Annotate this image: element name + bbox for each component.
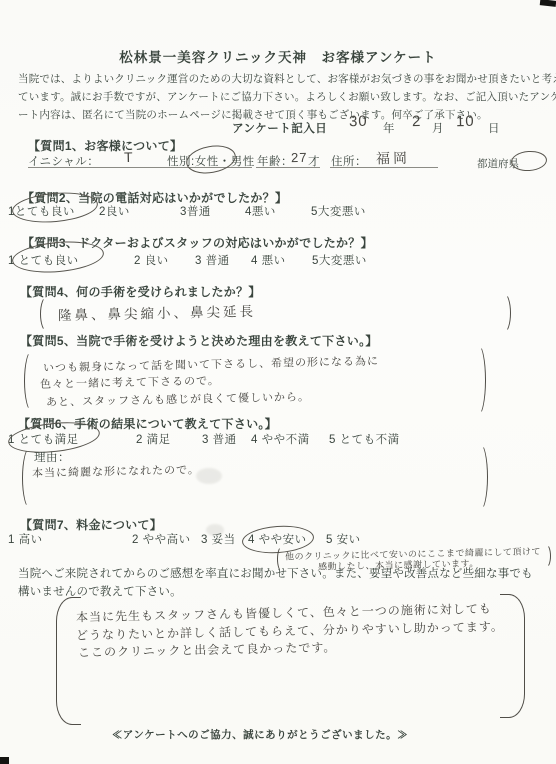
date-month-value: 2 (412, 113, 422, 130)
scan-artifact-bottom-left (0, 757, 9, 764)
q3-option-5: 5大変悪い (312, 252, 367, 268)
survey-date-label: アンケート記入日 (232, 120, 327, 136)
age-unit: 才 (308, 153, 320, 169)
date-day-value: 10 (456, 113, 475, 130)
q1-heading: 【質問1、お客様について】 (28, 137, 182, 154)
age-value: 27 (291, 150, 308, 165)
feedback-prompt-line: 当院へご来院されてからのご感想を率直にお聞かせ下さい。また、要望や改善点など些細… (18, 565, 533, 581)
date-year-value: 30 (349, 113, 368, 130)
page-title: 松林景一美容クリニック天神 お客様アンケート (0, 46, 556, 66)
answer-bracket-left (24, 350, 40, 412)
q6-reason-label: 理由： (34, 449, 70, 465)
answer-bracket-left (40, 296, 54, 332)
date-year-unit: 年 (383, 120, 395, 136)
q7-option-3: 3 妥当 (201, 531, 236, 547)
q2-option-2: 2良い (99, 203, 130, 219)
q5-answer-line: あと、スタッフさんも感じが良くて優しいから。 (46, 388, 310, 410)
q3-option-2: 2 良い (134, 252, 169, 268)
prefecture-selection-circle (510, 150, 547, 172)
answer-bracket-right (470, 344, 486, 416)
intro-line: ています。誠にお手数ですが、アンケートにご協力下さい。よろしくお願い致します。な… (18, 89, 556, 104)
q4-heading: 【質問4、何の手術を受けられましたか？】 (20, 283, 261, 300)
q3-option-4: 4 悪い (251, 252, 286, 268)
q7-option-2: 2 やや高い (132, 531, 191, 547)
gender-selection-circle (184, 142, 238, 177)
initial-label: イニシャル： (28, 153, 99, 169)
feedback-prompt-line: 構いませんので教えて下さい。 (18, 583, 182, 599)
q6-option-4: 4 やや不満 (251, 431, 310, 447)
note-bracket-right (541, 544, 551, 568)
q6-reason-text: 本当に綺麗な形になれたので。 (32, 461, 200, 481)
q2-option-3: 3普通 (180, 203, 211, 219)
date-month-unit: 月 (432, 120, 444, 136)
q5-heading: 【質問5、当院で手術を受けようと決めた理由を教えて下さい。】 (20, 332, 378, 349)
address-label: 住所： (331, 153, 367, 169)
answer-bracket-right (497, 293, 511, 333)
intro-line: 当院では、よりよいクリニック運営のための大切な資料として、お客様がお気づきの事を… (18, 71, 556, 86)
q7-option-1: 1 高い (8, 531, 43, 547)
q2-option-4: 4悪い (245, 203, 276, 219)
q4-answer: 隆鼻、鼻尖縮小、鼻尖延長 (58, 300, 256, 324)
date-day-unit: 日 (488, 120, 500, 136)
q6-option-2: 2 満足 (136, 431, 171, 447)
address-value: 福岡 (376, 148, 410, 169)
footer-thanks: ≪アンケートへのご協力、誠にありがとうございました。≫ (0, 727, 538, 742)
q6-option-3: 3 普通 (202, 431, 237, 447)
q3-option-3: 3 普通 (195, 252, 230, 268)
initial-value: T (124, 149, 134, 165)
q6-option-5: 5 とても不満 (329, 431, 400, 447)
survey-page: 松林景一美容クリニック天神 お客様アンケート 当院では、よりよいクリニック運営の… (0, 0, 556, 764)
scan-artifact-top-right (540, 0, 556, 7)
q5-answer-line: 色々と一緒に考えて下さるので。 (40, 372, 220, 392)
feedback-bracket-right (500, 594, 525, 718)
age-label: 年齢： (257, 153, 293, 169)
answer-bracket-right (472, 443, 488, 511)
q7-option-5: 5 安い (326, 531, 361, 547)
q2-option-5: 5大変悪い (311, 203, 366, 219)
